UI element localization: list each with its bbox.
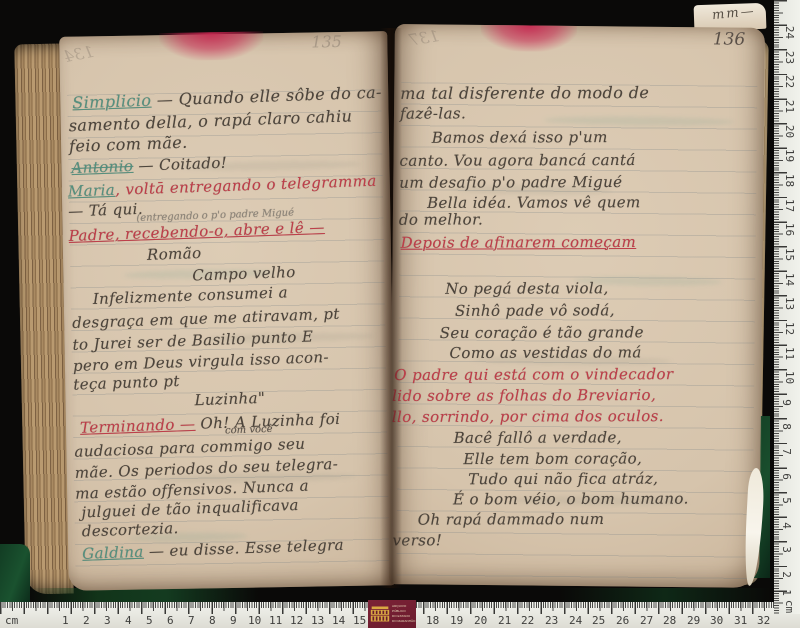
line-text: Tudo qui não fica atráz,: [468, 470, 658, 489]
ruler-number: 4: [125, 614, 132, 627]
line-text: teça punto pt: [73, 372, 180, 394]
line-text: lido sobre as folhas do Breviario,: [392, 386, 656, 405]
verse-line: Elle tem bom coração,: [463, 449, 642, 468]
ruler-number: 11: [269, 614, 282, 627]
manuscript-line: Oh rapá dammado num: [418, 510, 605, 529]
ruler-number: 7: [188, 614, 195, 627]
ruler-number: 12: [783, 322, 796, 335]
verse-line: No pegá desta viola,: [445, 279, 609, 298]
showthrough-page-number: 137: [407, 26, 440, 50]
manuscript-photo: 134 135 Simplicio — Quando elle sôbe do …: [0, 0, 800, 628]
line-text: Como as vestidas do má: [449, 343, 641, 362]
manuscript-line: Campo velho: [192, 263, 296, 285]
line-text: Bacê fallô a verdade,: [454, 428, 622, 447]
ruler-number: 31: [734, 614, 747, 627]
ruler-number: 3: [780, 546, 793, 553]
ruler-number: 19: [450, 614, 463, 627]
ruler-unit-label: cm: [783, 600, 796, 613]
ruler-number: 2: [83, 614, 90, 627]
ruler-number: 9: [780, 399, 793, 406]
line-text: É o bom véio, o bom humano.: [453, 490, 689, 509]
line-text: O padre qui está com o vindecador: [394, 365, 673, 384]
line-text: — Tá qui.: [68, 200, 143, 221]
manuscript-line: ma tal disferente do modo de: [400, 83, 649, 103]
ruler-number: 1: [780, 589, 793, 596]
manuscript-line: um desafio p'o padre Migué: [399, 173, 622, 192]
line-text: Bamos dexá isso p'um: [432, 128, 608, 147]
manuscript-line: llo, sorrindo, por cima dos oculos.: [392, 407, 664, 426]
manuscript-line: do melhor.: [399, 210, 483, 228]
ruler-number: 26: [616, 614, 629, 627]
line-text: Sinhô pade vô sodá,: [455, 301, 615, 320]
ruler-number: 24: [783, 26, 796, 39]
speaker-name: Simplicio: [72, 91, 152, 113]
right-ruler: 24 23 22 21 20 19 18 17 16 15 14 13 12 1…: [774, 0, 800, 614]
line-text: Seu coração é tão grande: [440, 323, 644, 342]
line-text: canto. Vou agora bancá cantá: [399, 151, 635, 170]
line-text: No pegá desta viola,: [445, 279, 609, 298]
logo-text: ARQUIVO PÚBLICO DO ESTADO DO MARANHÃO: [392, 604, 430, 624]
line-text: descortezia.: [82, 519, 179, 540]
line-text: Romão: [147, 244, 202, 264]
manuscript-line: Romão: [147, 244, 202, 264]
line-text: com você: [225, 424, 273, 437]
ruler-number: 10: [248, 614, 261, 627]
verse-line: É o bom véio, o bom humano.: [453, 490, 689, 509]
ruler-number: 15: [353, 614, 366, 627]
manuscript-line: lido sobre as folhas do Breviario,: [392, 386, 656, 405]
page-number: 135: [311, 32, 342, 52]
ruler-number: 30: [710, 614, 723, 627]
line-text: fazê-las.: [400, 104, 466, 122]
ruler-number: 29: [687, 614, 700, 627]
manuscript-line: descortezia.: [82, 519, 179, 540]
manuscript-line: Luzinha": [194, 389, 265, 409]
line-text: Bella idéa. Vamos vê quem: [427, 193, 641, 212]
line-text: llo, sorrindo, por cima dos oculos.: [392, 407, 664, 426]
ruler-number: 27: [640, 614, 653, 627]
ruler-number: 21: [783, 100, 796, 113]
ruler-number: 13: [311, 614, 324, 627]
verse-line: Sinhô pade vô sodá,: [455, 301, 615, 320]
speaker-name: Maria: [68, 181, 116, 201]
line-text: — Coitado!: [133, 154, 227, 175]
right-page: 137 136 ma tal disferente do modo de faz…: [389, 24, 765, 588]
showthrough-page-number: 134: [62, 42, 96, 66]
ruler-number: 28: [663, 614, 676, 627]
manuscript-line: Bamos dexá isso p'um: [432, 128, 608, 147]
line-text: Luzinha": [194, 389, 265, 409]
ruler-number: 3: [104, 614, 111, 627]
ruler-number: 18: [783, 174, 796, 187]
ruler-number: 25: [592, 614, 605, 627]
ruler-number: 23: [783, 51, 796, 64]
archive-logo: ARQUIVO PÚBLICO DO ESTADO DO MARANHÃO: [368, 600, 416, 628]
manuscript-line: O padre qui está com o vindecador: [394, 365, 673, 384]
ink-stain: [159, 31, 263, 61]
manuscript-line: teça punto pt: [73, 372, 180, 394]
ruler-number: 2: [780, 571, 793, 578]
ruler-unit-label: cm: [5, 614, 18, 627]
ruler-number: 8: [780, 423, 793, 430]
line-text: Elle tem bom coração,: [463, 449, 642, 468]
manuscript-line: Depois de afinarem começam: [401, 233, 637, 252]
ruler-number: 11: [783, 347, 796, 360]
ruler-number: 7: [780, 448, 793, 455]
line-text: do melhor.: [399, 210, 483, 228]
line-text: ma tal disferente do modo de: [400, 83, 649, 103]
ruler-number: 6: [780, 473, 793, 480]
ruler-number: 22: [521, 614, 534, 627]
ruler-number: 5: [780, 497, 793, 504]
book-cover-corner: [0, 544, 30, 608]
manuscript-line: — Tá qui.: [68, 200, 143, 221]
ruler-number: 1: [62, 614, 69, 627]
ruler-number: 13: [783, 297, 796, 310]
manuscript-line: fazê-las.: [400, 104, 466, 122]
ruler-number: 20: [474, 614, 487, 627]
verse-line: Tudo qui não fica atráz,: [468, 470, 658, 489]
ruler-number: 23: [545, 614, 558, 627]
ruler-number: 5: [146, 614, 153, 627]
verse-line: Bacê fallô a verdade,: [454, 428, 622, 447]
line-text: um desafio p'o padre Migué: [399, 173, 622, 192]
ruler-number: 22: [783, 75, 796, 88]
line-text: Campo velho: [192, 263, 296, 285]
left-page: 134 135 Simplicio — Quando elle sôbe do …: [59, 31, 397, 591]
ruler-number: 24: [569, 614, 582, 627]
ruler-number: 6: [167, 614, 174, 627]
interlinear-insertion: com você: [225, 424, 273, 437]
building-icon: [370, 604, 390, 624]
speaker-name: Galdina: [82, 543, 144, 563]
ink-stain: [481, 25, 577, 52]
line-text: Oh rapá dammado num: [418, 510, 605, 529]
ruler-number: 14: [783, 273, 796, 286]
ruler-number: 8: [209, 614, 216, 627]
ruler-number: 4: [780, 522, 793, 529]
ruler-number: 10: [783, 371, 796, 384]
speaker-name: Antonio: [71, 157, 133, 177]
ruler-number: 21: [498, 614, 511, 627]
ruler-number: 19: [783, 149, 796, 162]
ruler-number: 14: [332, 614, 345, 627]
ruler-number: 20: [783, 125, 796, 138]
gutter-shadow: [380, 28, 402, 588]
ruler-number: 12: [290, 614, 303, 627]
verse-line: Como as vestidas do má: [449, 343, 641, 362]
ruler-number: 9: [230, 614, 237, 627]
line-text: Depois de afinarem começam: [401, 233, 637, 252]
ruler-number: 17: [783, 199, 796, 212]
ruler-number: 32: [757, 614, 770, 627]
verse-line: Seu coração é tão grande: [440, 323, 644, 342]
ruler-number: 16: [783, 223, 796, 236]
page-number: 136: [713, 29, 746, 49]
manuscript-line: canto. Vou agora bancá cantá: [399, 151, 635, 170]
manuscript-line: Bella idéa. Vamos vê quem: [427, 193, 641, 212]
ruler-number: 15: [783, 248, 796, 261]
